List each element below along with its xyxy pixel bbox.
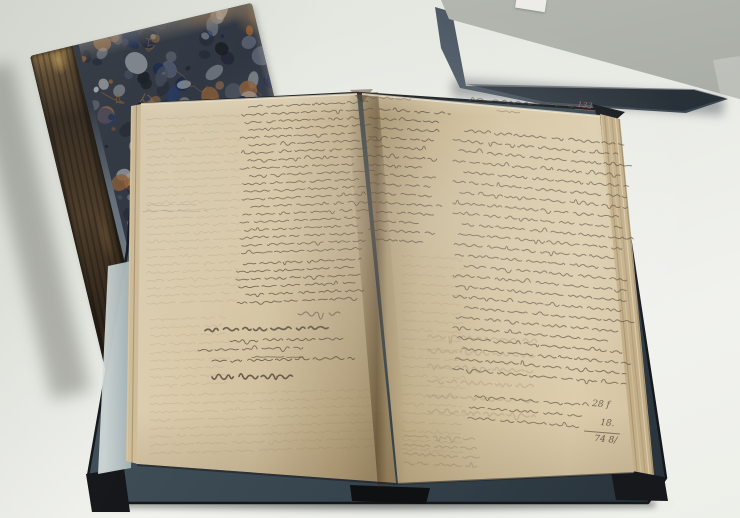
photo-archival-scene: 133 28 f 18. 74 8/: [0, 0, 740, 518]
cover-corner-bottom-left: [86, 468, 130, 512]
amount-3: 74 8/: [594, 434, 619, 446]
open-book: 133 28 f 18. 74 8/: [0, 0, 740, 518]
amount-1: 28 f: [591, 399, 612, 411]
amount-2: 18.: [600, 418, 615, 429]
cover-spine-tab: [350, 485, 430, 504]
